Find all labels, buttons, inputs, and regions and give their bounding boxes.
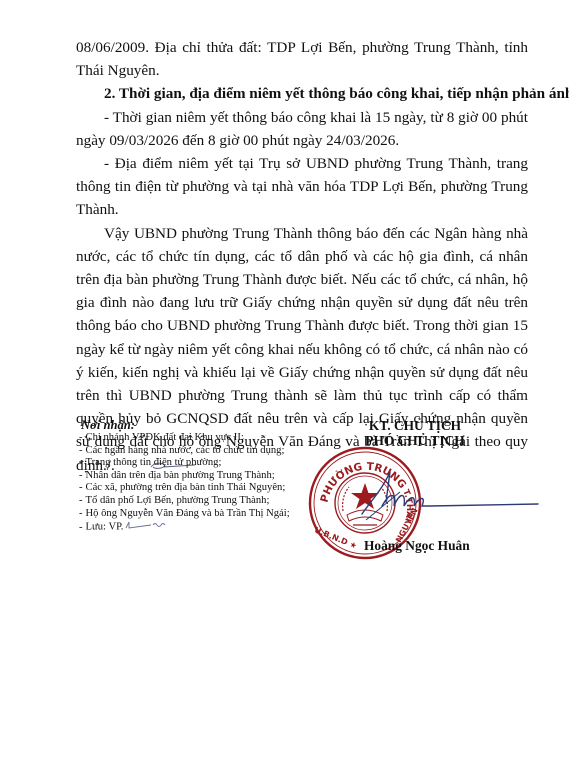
recipient-item: -Nhân dân trên địa bàn phường Trung Thàn… xyxy=(79,470,319,483)
recipient-item: -Lưu: VP. xyxy=(79,520,319,535)
recipient-item: -Hộ ông Nguyễn Văn Đáng và bà Trần Thị N… xyxy=(79,508,319,521)
posting-time-item: - Thời gian niêm yết thông báo công khai… xyxy=(76,106,528,152)
recipient-item: -Chi nhánh VPĐK đất đai Khu vực II; xyxy=(79,432,319,445)
recipients-title: Nơi nhận: xyxy=(81,418,319,432)
document-page: 08/06/2009. Địa chỉ thửa đất: TDP Lợi Bế… xyxy=(0,0,569,770)
recipient-item: -Các ngân hàng nhà nước, các tổ chức tín… xyxy=(79,445,319,458)
recipients-block: Nơi nhận: -Chi nhánh VPĐK đất đai Khu vự… xyxy=(79,418,319,535)
signer-name: Hoàng Ngọc Huân xyxy=(364,538,470,554)
handwritten-signature-icon xyxy=(360,462,540,532)
address-continuation: 08/06/2009. Địa chỉ thửa đất: TDP Lợi Bế… xyxy=(76,36,528,82)
initials-signature-icon xyxy=(125,520,169,535)
recipient-item: -Tổ dân phố Lợi Bến, phường Trung Thành; xyxy=(79,495,319,508)
section-2-heading: 2. Thời gian, địa điểm niêm yết thông bá… xyxy=(76,82,528,105)
recipients-list: -Chi nhánh VPĐK đất đai Khu vực II; -Các… xyxy=(79,432,319,535)
signer-title-line-1: KT. CHỦ TỊCH xyxy=(340,418,490,433)
posting-location-item: - Địa điểm niêm yết tại Trụ sở UBND phườ… xyxy=(76,152,528,222)
recipient-item: -Trang thông tin điện tử phường; xyxy=(79,457,319,470)
document-body: 08/06/2009. Địa chỉ thửa đất: TDP Lợi Bế… xyxy=(76,36,528,478)
recipient-item: -Các xã, phường trên địa bàn tỉnh Thái N… xyxy=(79,482,319,495)
